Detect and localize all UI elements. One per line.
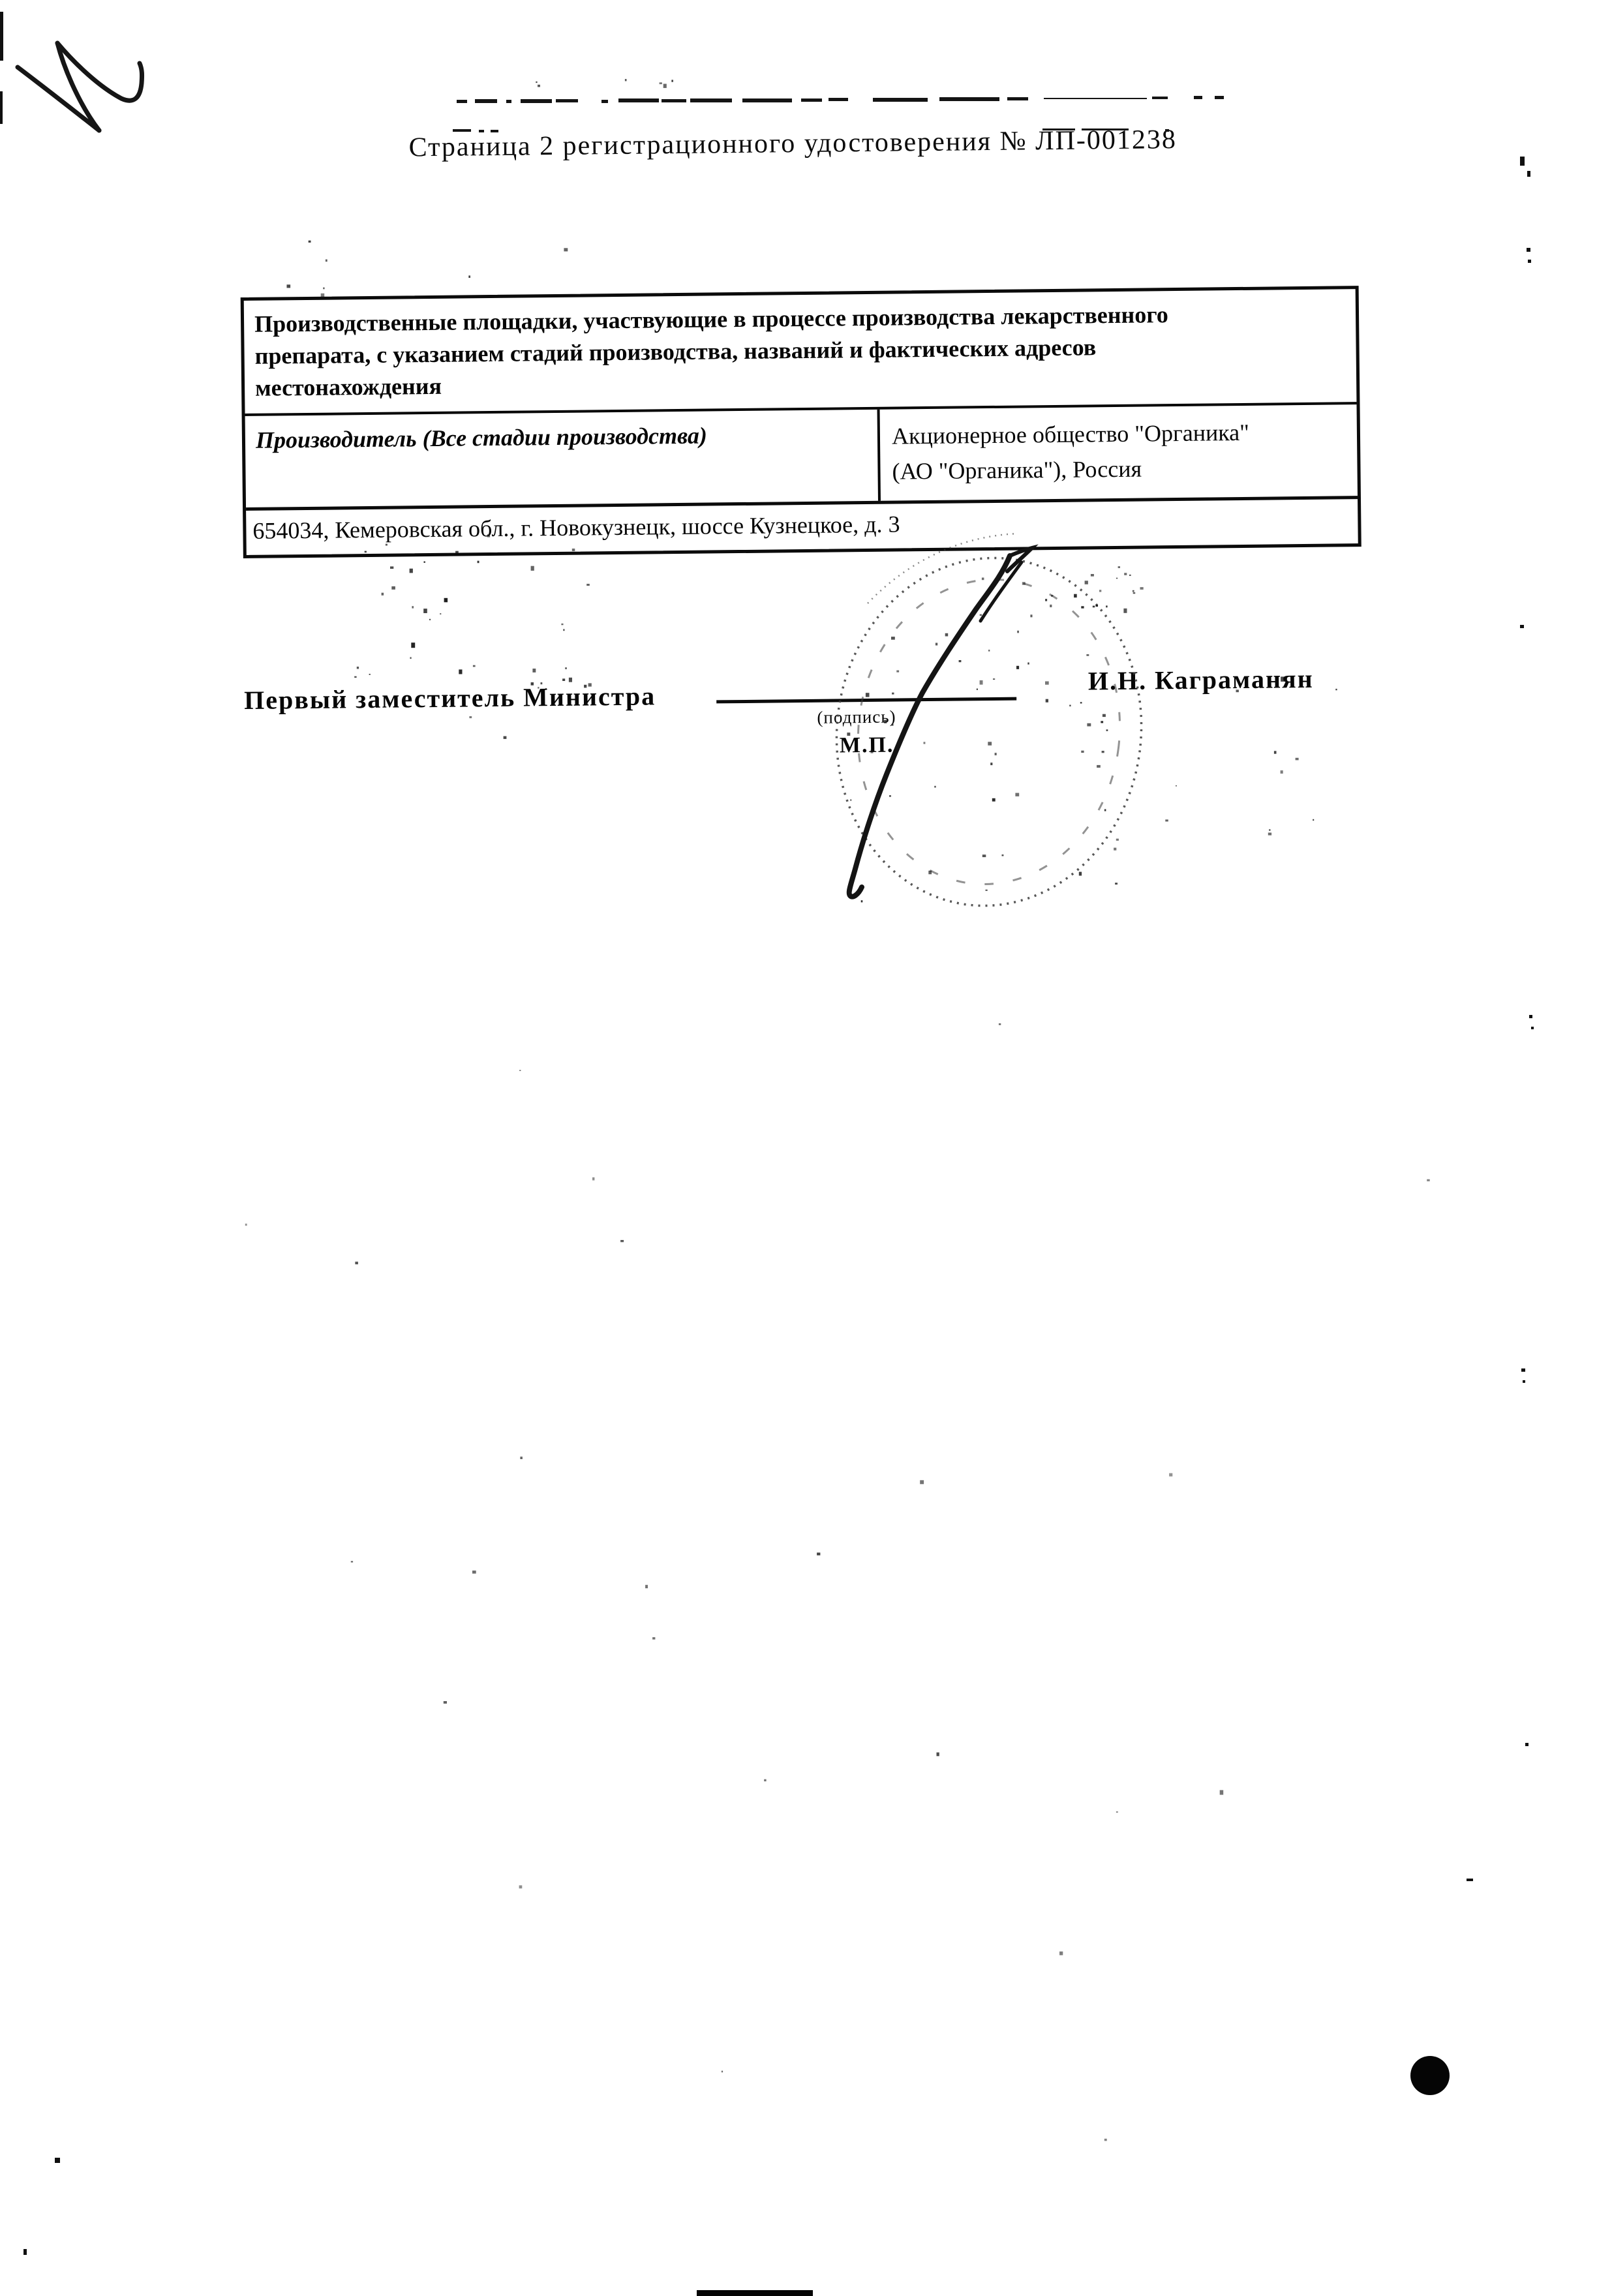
manufacturer-value-cell: Акционерное общество "Органика" (АО "Орг… — [880, 404, 1358, 501]
seal-place-label: М.П. — [840, 733, 894, 759]
manufacturer-value-text: Акционерное общество "Органика" (АО "Орг… — [892, 414, 1274, 489]
table-header-text: Производственные площадки, участвующие в… — [254, 298, 1260, 404]
table-row-manufacturer: Производитель (Все стадии производства) … — [245, 404, 1358, 511]
page-title: Страница 2 регистрационного удостоверени… — [0, 119, 1591, 168]
signature-caption: (подпись) — [817, 707, 896, 728]
table-header-cell: Производственные площадки, участвующие в… — [244, 289, 1357, 416]
signatory-name: И.Н. Каграманян — [1088, 663, 1314, 697]
document-content: Страница 2 регистрационного удостоверени… — [0, 0, 1597, 2296]
manufacturer-label-cell: Производитель (Все стадии производства) — [245, 410, 881, 507]
signatory-title: Первый заместитель Министра — [244, 680, 656, 716]
scanned-document-page: Страница 2 регистрационного удостоверени… — [0, 0, 1597, 2296]
signature-line — [716, 669, 1016, 704]
production-sites-table: Производственные площадки, участвующие в… — [241, 286, 1361, 558]
